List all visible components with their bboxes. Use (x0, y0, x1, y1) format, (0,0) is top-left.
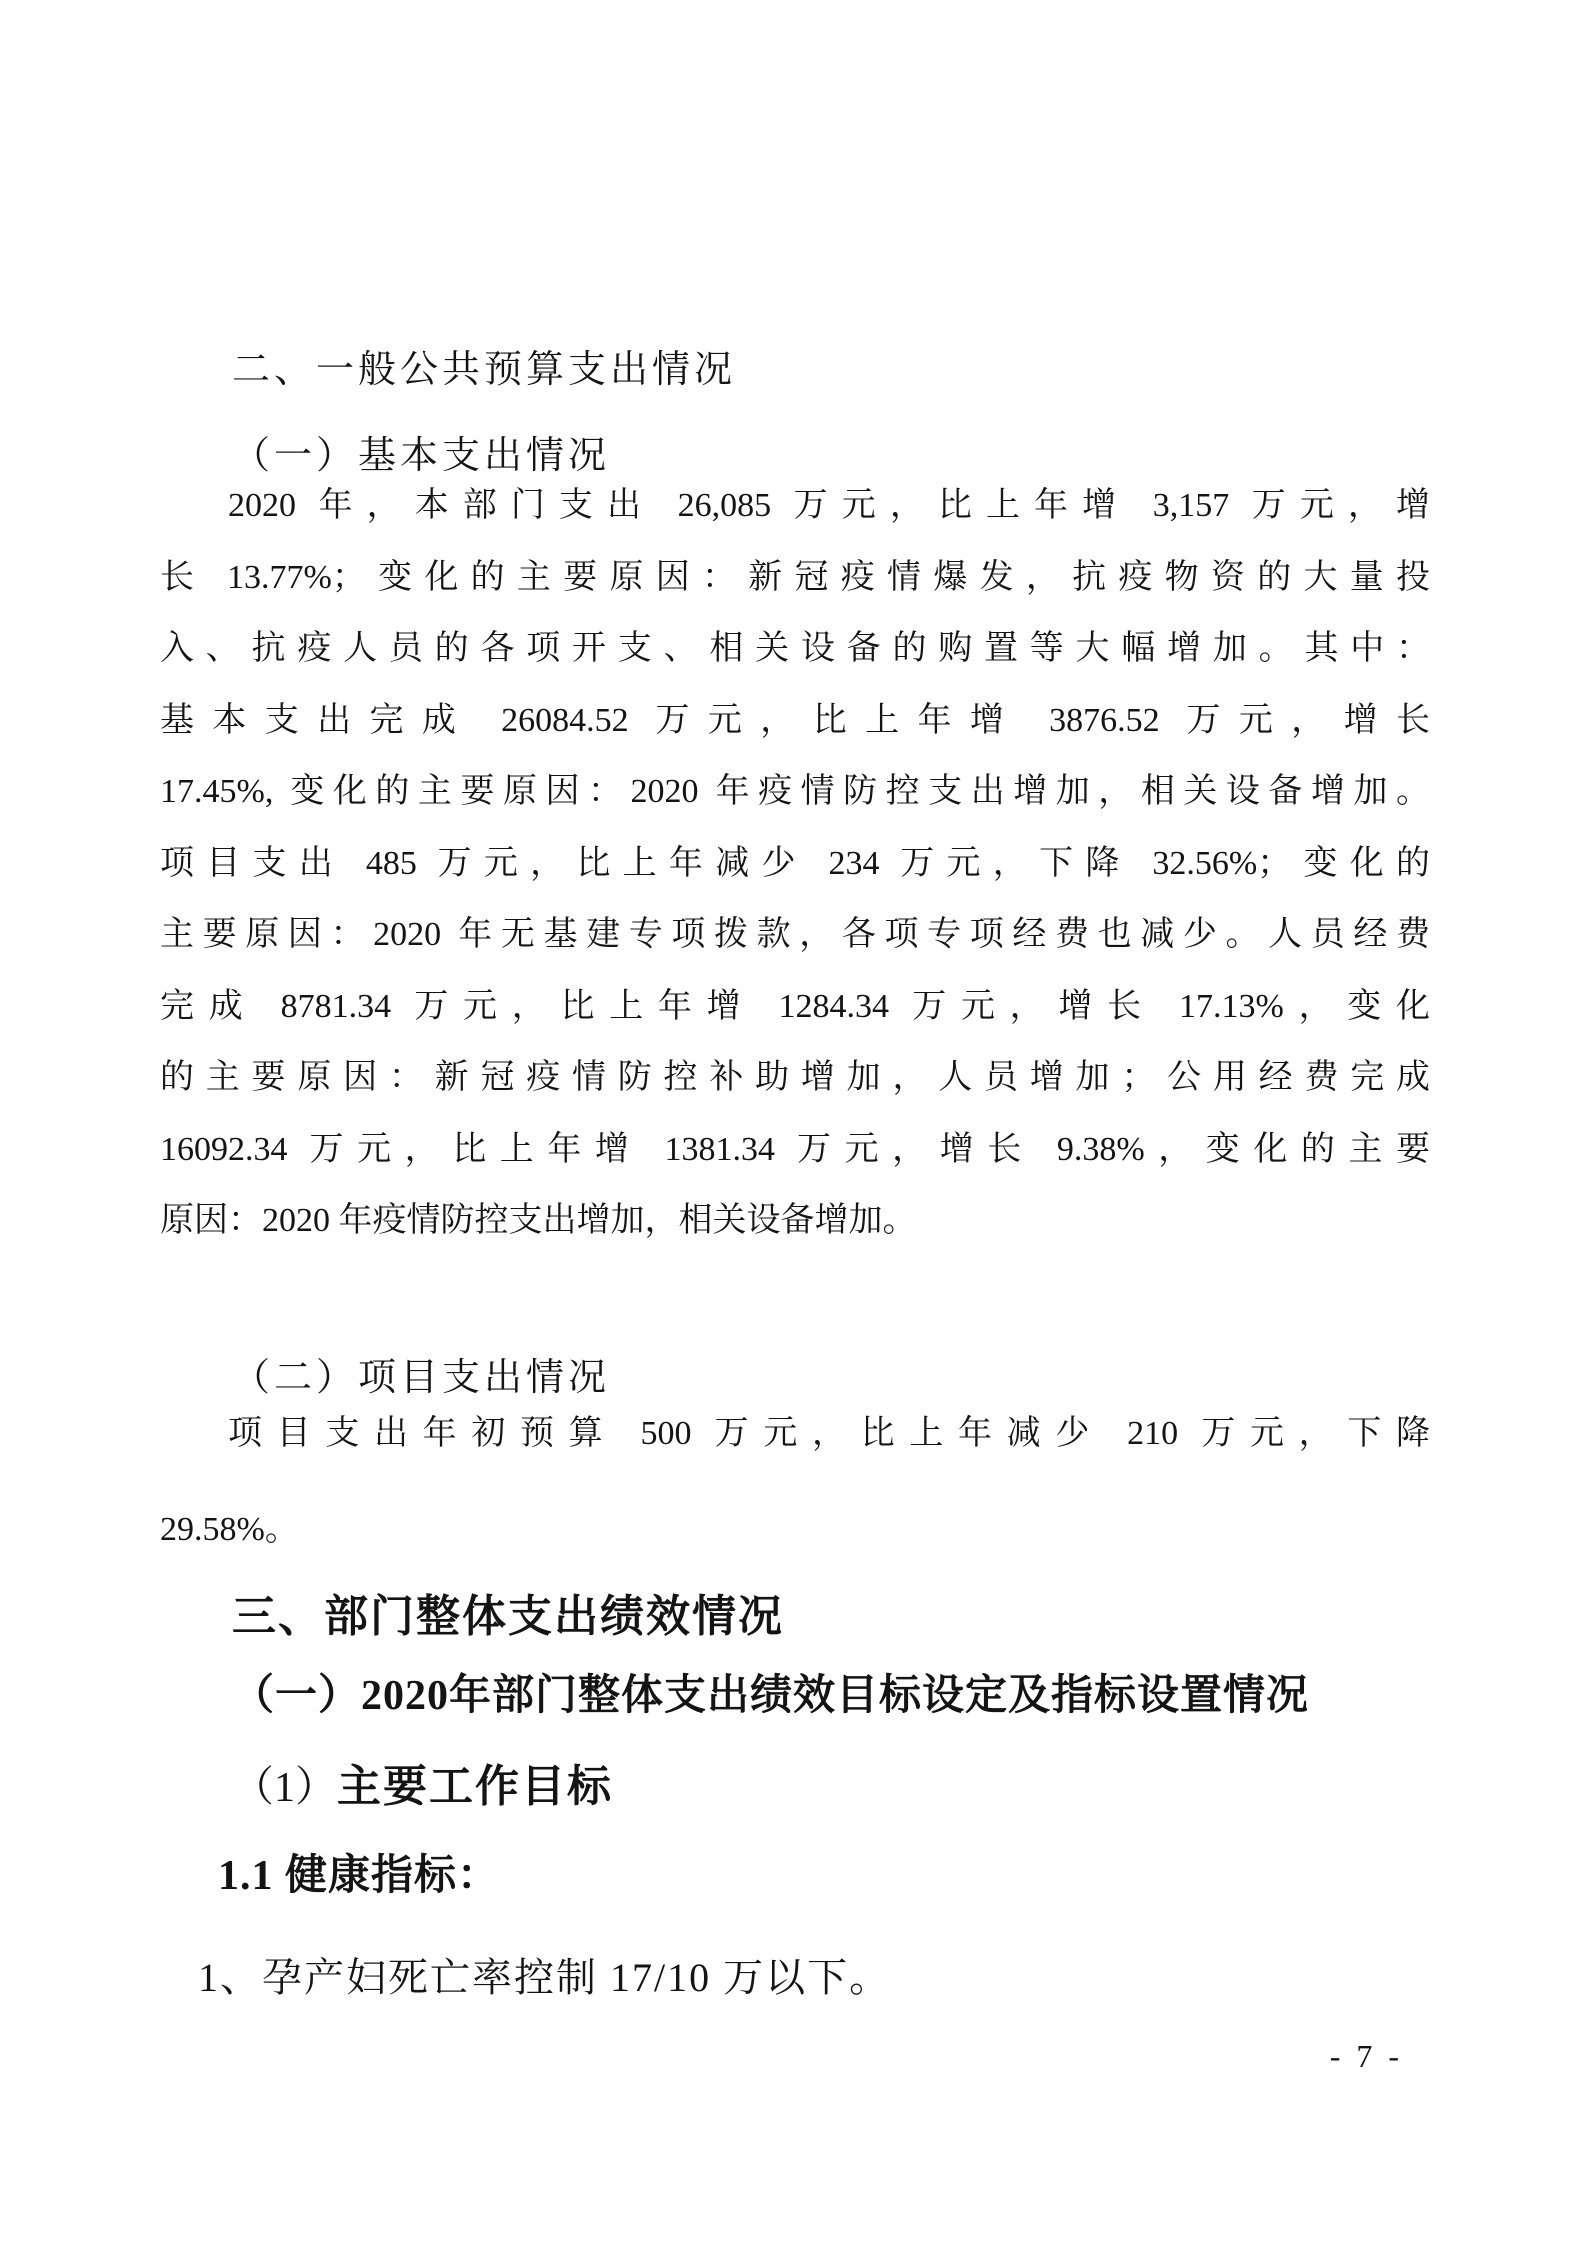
list-item-maternal-mortality: 1、孕产妇死亡率控制 17/10 万以下。 (198, 1946, 891, 2003)
heading-main-goals-label: 主要工作目标 (337, 1762, 613, 1811)
paragraph-project-line2: 29.58%。 (160, 1508, 1430, 1552)
paragraph-line: 2020 年，本部门支出 26,085 万元，比上年增 3,157 万元，增 (160, 470, 1430, 542)
heading-goal-setting: （一）2020年部门整体支出绩效目标设定及指标设置情况 (232, 1662, 1309, 1722)
document-page: 二、一般公共预算支出情况 （一）基本支出情况 2020 年，本部门支出 26,0… (0, 0, 1587, 2245)
paragraph-line: 主要原因：2020 年无基建专项拨款，各项专项经费也减少。人员经费 (160, 899, 1430, 971)
paragraph-line: 长 13.77%；变化的主要原因：新冠疫情爆发，抗疫物资的大量投 (160, 542, 1430, 614)
heading-public-budget-expenditure: 二、一般公共预算支出情况 (232, 338, 736, 393)
heading-main-goals-number: （1） (232, 1765, 337, 1811)
paragraph-line: 16092.34 万元，比上年增 1381.34 万元，增长 9.38%，变化的… (160, 1114, 1430, 1186)
paragraph-project-line1: 项目支出年初预算 500 万元，比上年减少 210 万元，下降 (160, 1412, 1430, 1456)
paragraph-line: 17.45%, 变化的主要原因：2020 年疫情防控支出增加，相关设备增加。 (160, 756, 1430, 828)
heading-main-goals: （1）主要工作目标 (232, 1750, 613, 1814)
paragraph-line: 的主要原因：新冠疫情防控补助增加，人员增加；公用经费完成 (160, 1042, 1430, 1114)
paragraph-line: 项目支出 485 万元，比上年减少 234 万元，下降 32.56%；变化的 (160, 828, 1430, 900)
heading-health-indicators: 1.1 健康指标： (218, 1842, 500, 1902)
paragraph-basic-expenditure: 2020 年，本部门支出 26,085 万元，比上年增 3,157 万元，增 长… (160, 470, 1430, 1257)
page-number: - 7 - (1330, 2038, 1403, 2075)
paragraph-line: 基本支出完成 26084.52 万元，比上年增 3876.52 万元，增长 (160, 685, 1430, 757)
paragraph-line: 原因：2020 年疫情防控支出增加，相关设备增加。 (160, 1185, 1430, 1257)
paragraph-line: 入、抗疫人员的各项开支、相关设备的购置等大幅增加。其中： (160, 613, 1430, 685)
heading-project-expenditure: （二）项目支出情况 (232, 1346, 610, 1401)
paragraph-line: 完成 8781.34 万元，比上年增 1284.34 万元，增长 17.13%，… (160, 971, 1430, 1043)
heading-overall-performance: 三、部门整体支出绩效情况 (232, 1580, 784, 1644)
